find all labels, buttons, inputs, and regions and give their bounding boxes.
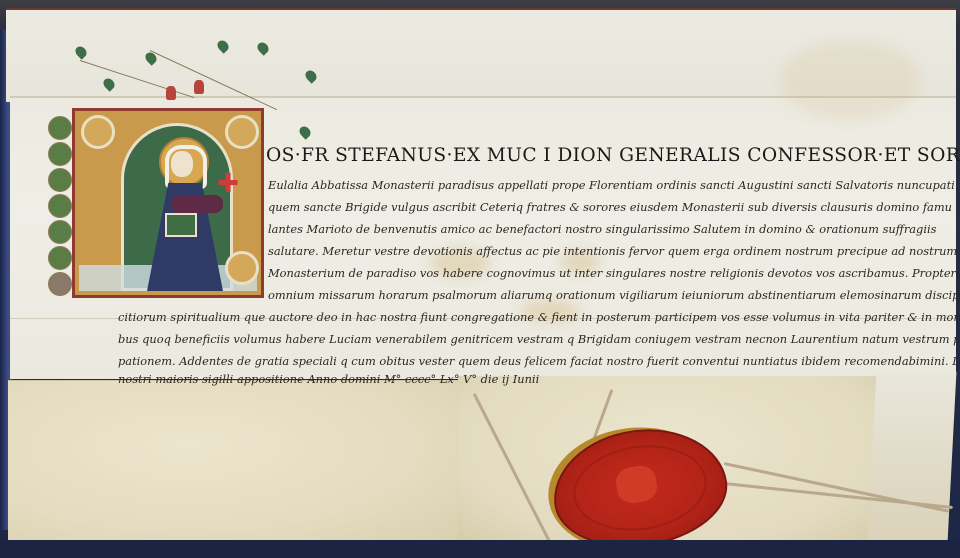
text-line: Monasterium de paradiso vos habere cogno… bbox=[268, 266, 960, 280]
illuminated-initial: ✚ bbox=[72, 108, 264, 298]
text-line: Eulalia Abbatissa Monasterii paradisus a… bbox=[268, 178, 958, 192]
text-line: nostri maioris sigilli appositione Anno … bbox=[118, 372, 539, 386]
acanthus-scroll-icon bbox=[81, 115, 115, 149]
backing-bottom bbox=[0, 540, 960, 558]
roundel-icon bbox=[48, 272, 72, 296]
saint-sleeve bbox=[171, 195, 223, 213]
roundel-icon bbox=[48, 142, 72, 166]
text-line: salutare. Meretur vestre devotionis affe… bbox=[268, 244, 957, 258]
roundel-icon bbox=[48, 168, 72, 192]
plica-right-flap bbox=[868, 372, 957, 542]
charter-heading: OS·FR STEFANUS·EX MUC I DION GENERALIS C… bbox=[266, 144, 960, 166]
book-icon bbox=[165, 213, 197, 237]
roundel-icon bbox=[48, 116, 72, 140]
text-line: citiorum spiritualium que auctore deo in… bbox=[118, 310, 960, 324]
cross-icon: ✚ bbox=[215, 171, 241, 197]
text-line: omnium missarum horarum psalmorum aliaru… bbox=[268, 288, 960, 302]
flower-icon bbox=[194, 80, 204, 94]
text-line: bus quoq beneficiis volumus habere Lucia… bbox=[118, 332, 960, 346]
stain bbox=[780, 40, 920, 120]
roundel-icon bbox=[48, 246, 72, 270]
text-line: lantes Marioto de benvenutis amico ac be… bbox=[268, 222, 936, 236]
roundel-icon bbox=[48, 194, 72, 218]
plica-left bbox=[8, 380, 458, 545]
saint-veil bbox=[165, 145, 207, 189]
text-line: quem sancte Brigide vulgus ascribit Cete… bbox=[268, 200, 952, 214]
roundel-icon bbox=[48, 220, 72, 244]
acanthus-scroll-icon bbox=[225, 251, 259, 285]
acanthus-scroll-icon bbox=[225, 115, 259, 149]
text-line: pationem. Addentes de gratia speciali q … bbox=[118, 354, 960, 368]
flower-icon bbox=[166, 86, 176, 100]
